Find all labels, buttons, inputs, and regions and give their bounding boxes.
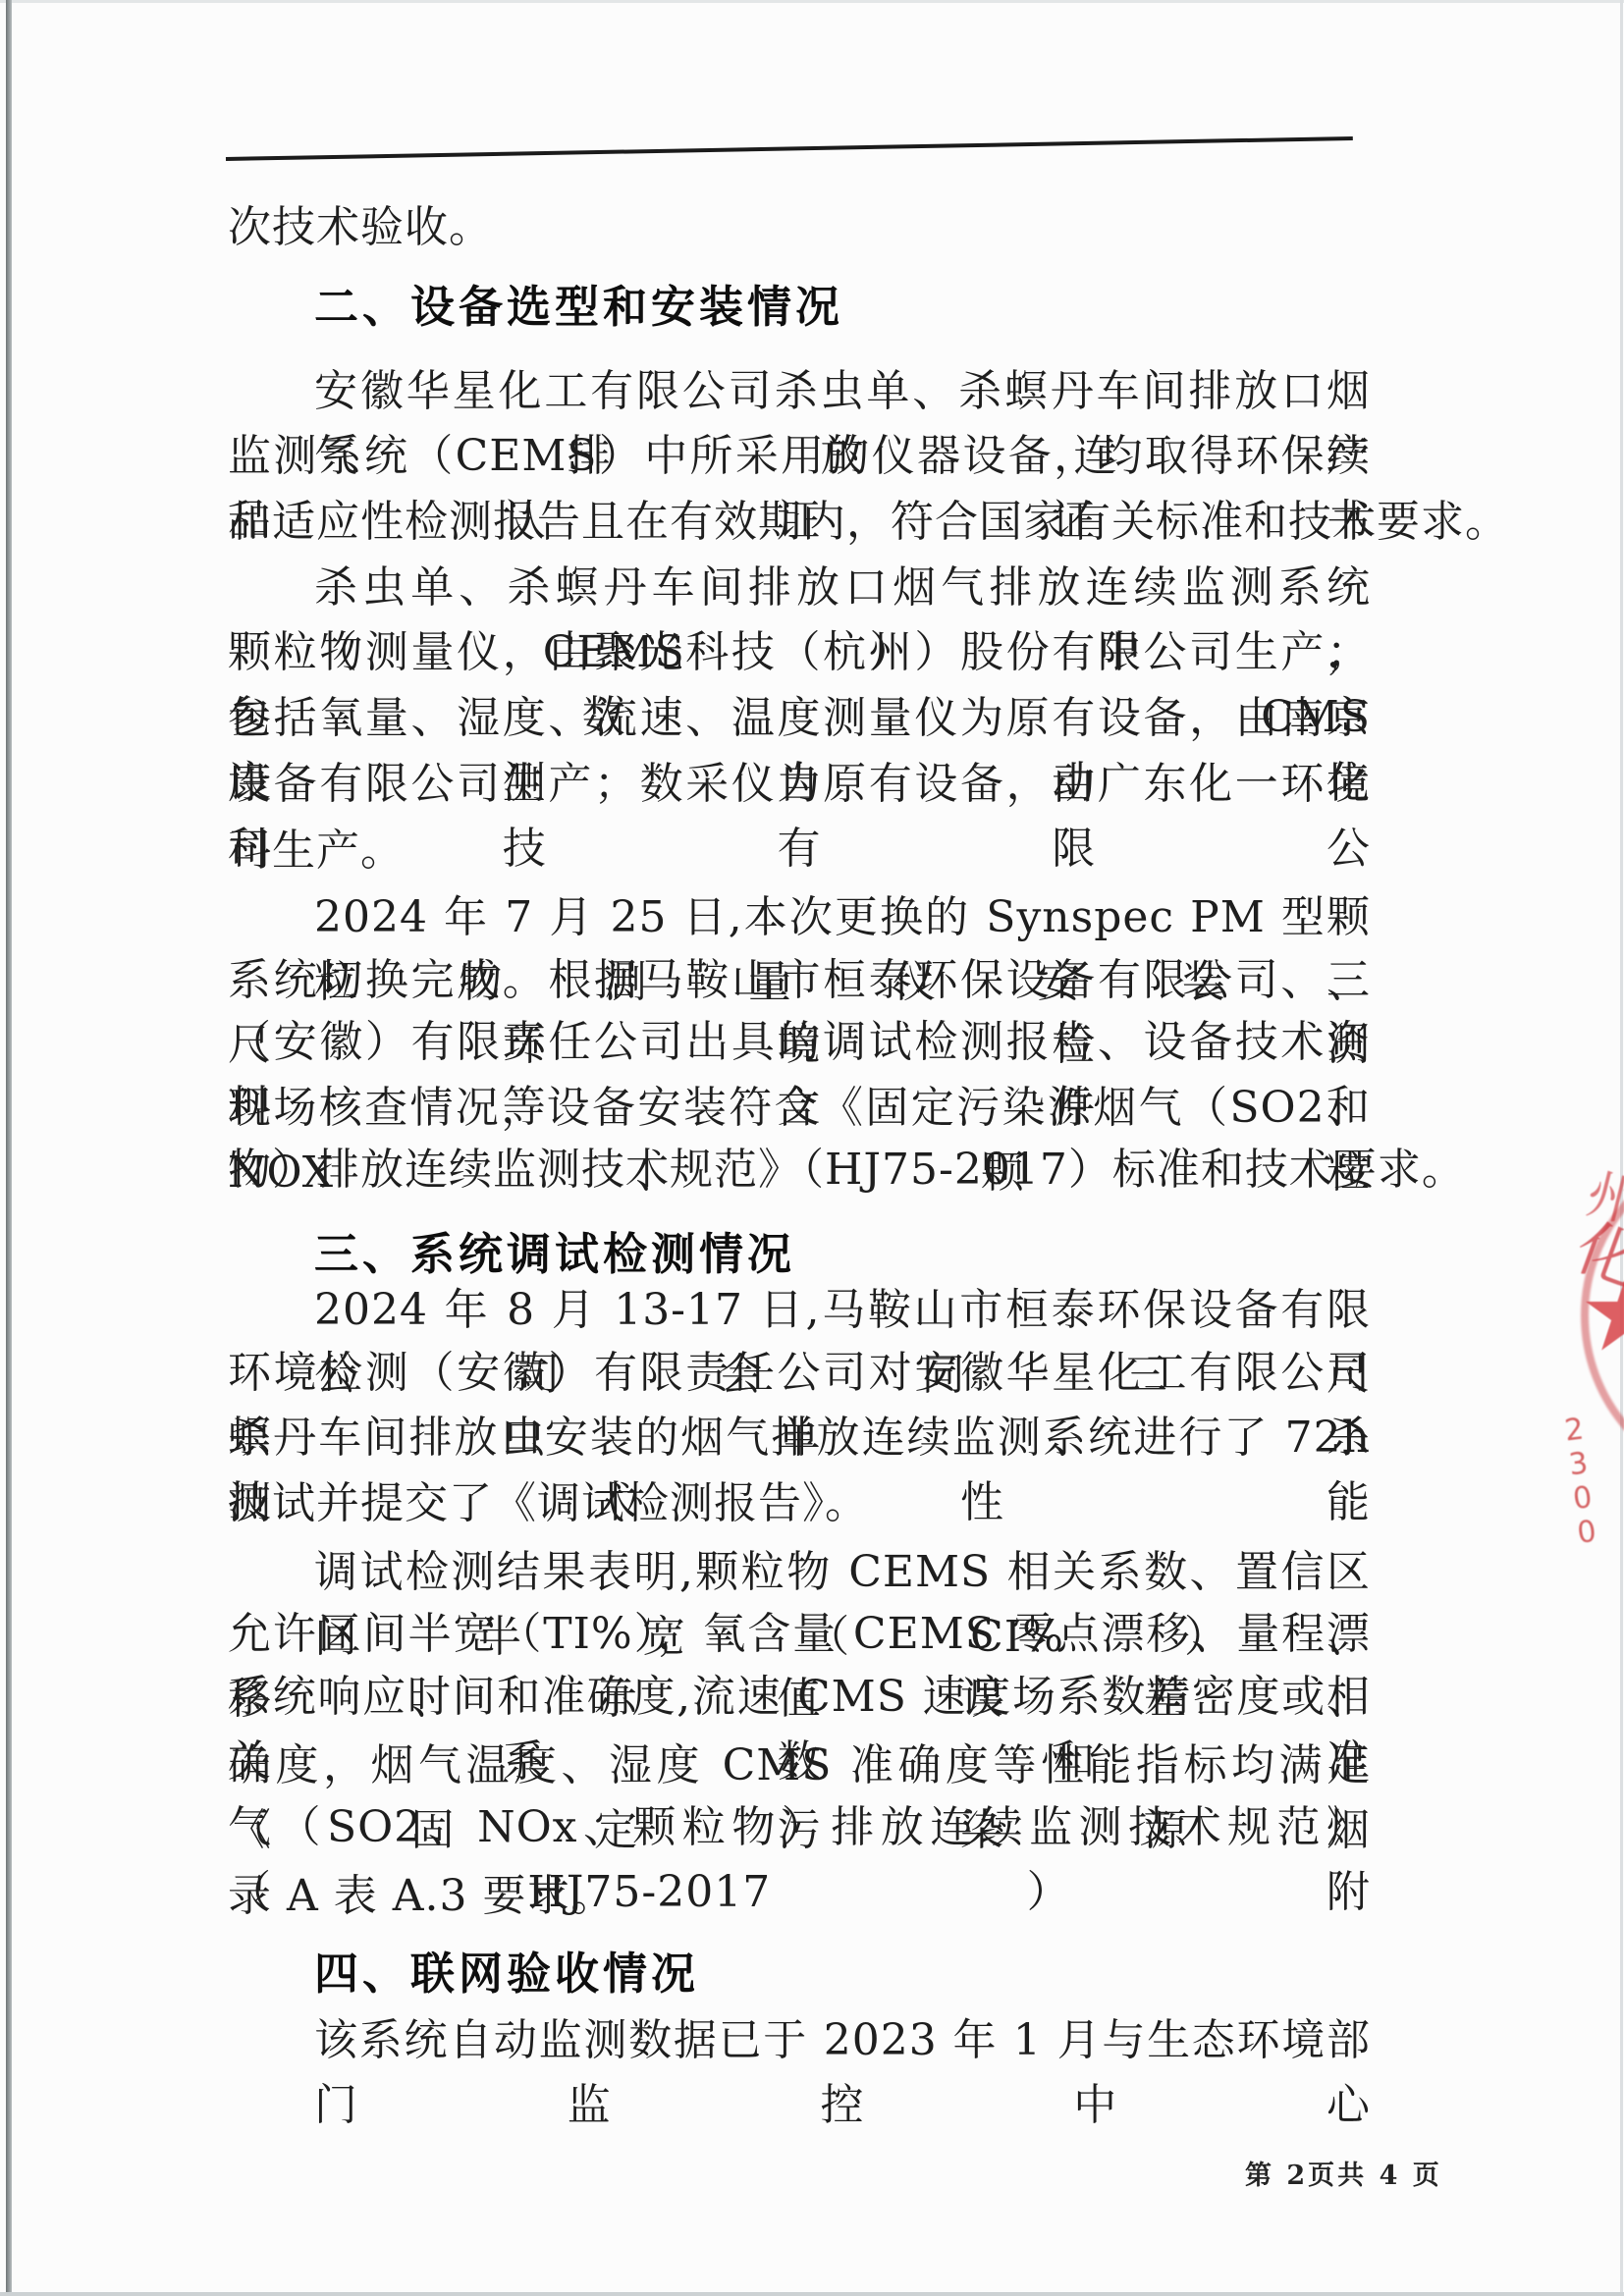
- doc-line: 安徽华星化工有限公司杀虫单、杀螟丹车间排放口烟气排放连续: [228, 359, 1371, 424]
- doc-line: 调试检测结果表明,颗粒物 CEMS 相关系数、置信区间半宽（CI%）、: [228, 1540, 1371, 1605]
- doc-line: 确度，烟气温度、湿度 CMS 准确度等性能指标均满足《固定污染源烟: [228, 1734, 1371, 1798]
- doc-line: （安徽）有限责任公司出具的调试检测报告、设备技术资料等文件和: [228, 1010, 1371, 1075]
- scan-edge-bottom: [0, 2292, 1624, 2296]
- scanned-document-page: 次技术验收。 二、设备选型和安装情况 安徽华星化工有限公司杀虫单、杀螟丹车间排放…: [0, 0, 1624, 2296]
- scan-edge-right: [1620, 0, 1623, 2296]
- doc-line: 该系统自动监测数据已于 2023 年 1 月与生态环境部门监控中心: [228, 2008, 1371, 2073]
- doc-line: 2024 年 7 月 25 日,本次更换的 Synspec PM 型颗粒物测量仪…: [228, 885, 1371, 950]
- section-heading-network-acceptance: 四、联网验收情况: [228, 1942, 1371, 2006]
- doc-line: 司生产。: [228, 819, 1371, 883]
- doc-line: 测试并提交了《调试检测报告》。: [228, 1471, 1371, 1536]
- red-seal-star-icon: ★: [1579, 1258, 1624, 1366]
- doc-line: 录 A 表 A.3 要求。: [228, 1864, 1371, 1929]
- doc-line: 允许区间半宽（TI%），氧含量 CEMS 零点漂移、量程漂移、示值误差、: [228, 1602, 1371, 1667]
- header-separator-rule: [226, 136, 1353, 161]
- doc-line: 杀虫单、杀螟丹车间排放口烟气排放连续监测系统（CEMS）中，: [228, 556, 1371, 620]
- page-number: 第 2页共 4 页: [1245, 2154, 1442, 2192]
- doc-line: 螟丹车间排放口安装的烟气排放连续监测系统进行了 72h 技术性能: [228, 1406, 1371, 1470]
- doc-line: 次技术验收。: [228, 195, 1371, 260]
- doc-line: 气（SO2、NOx、颗粒物）排放连续监测技术规范》（HJ75-2017）附: [228, 1795, 1371, 1860]
- section-heading-equipment: 二、设备选型和安装情况: [228, 275, 1371, 340]
- doc-line: 颗粒物测量仪，由聚光科技（杭州）股份有限公司生产；参数 CMS: [228, 620, 1371, 685]
- doc-line: 物）排放连续监测技术规范》（HJ75-2017）标准和技术要求。: [228, 1138, 1371, 1202]
- scan-edge-left: [6, 0, 12, 2296]
- doc-line: 2024 年 8 月 13-17 日,马鞍山市桓泰环保设备有限公司会同三尺: [228, 1278, 1371, 1343]
- doc-line: 系统切换完成。根据马鞍山市桓泰环保设备有限公司、三尺环境检测: [228, 948, 1371, 1013]
- doc-line: 环境检测（安徽）有限责任公司对安徽华星化工有限公司杀虫单、杀: [228, 1341, 1371, 1406]
- doc-line: 现场核查情况，设备安装符合《固定污染源烟气（SO2、NOX、颗粒: [228, 1076, 1371, 1141]
- doc-line: 和适应性检测报告且在有效期内，符合国家有关标准和技术要求。: [228, 490, 1371, 555]
- doc-line: 监测系统（CEMS）中所采用的仪器设备，均取得环保产品认证证书: [228, 424, 1371, 489]
- doc-line: 设备有限公司生产；数采仪为原有设备，由广东化一环境科技有限公: [228, 752, 1371, 817]
- doc-line: 系统响应时间和准确度,流速 CMS 速度场系数精密度或相关系数和准: [228, 1665, 1371, 1730]
- red-seal-serial-digits: 2 3 0 0: [1563, 1408, 1624, 1551]
- doc-line: 包括氧量、湿度、流速、温度测量仪为原有设备，由南京康测自动化: [228, 686, 1371, 751]
- scan-edge-top: [0, 0, 1624, 3]
